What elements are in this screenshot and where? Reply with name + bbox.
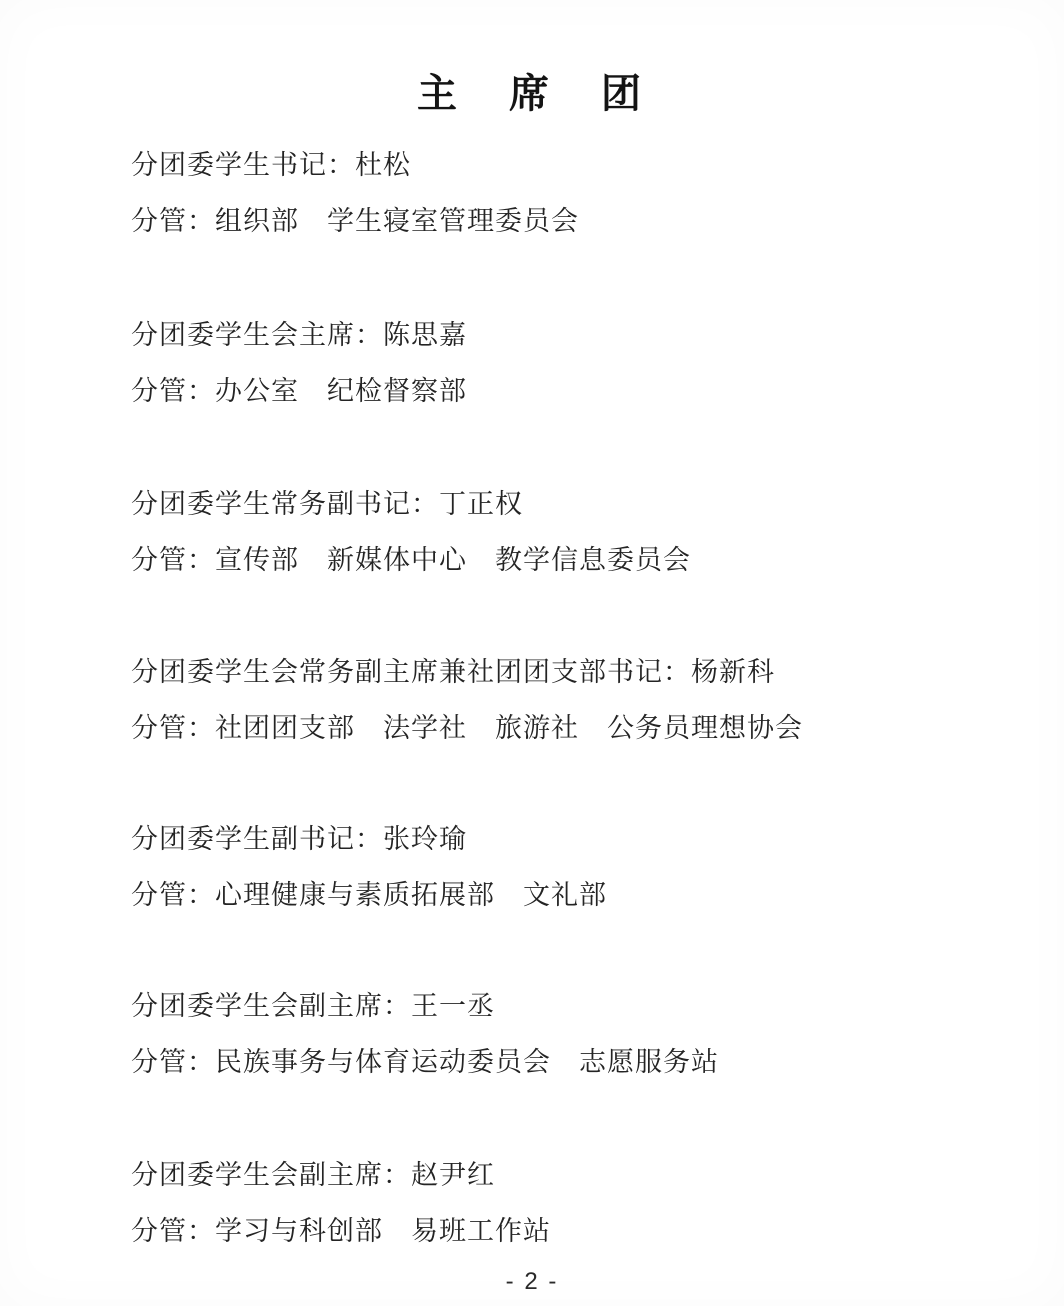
- officer-duties-line: 分管：社团团支部 法学社 旅游社 公务员理想协会: [131, 713, 1004, 743]
- officer-entry: 分团委学生会常务副主席兼社团团支部书记：杨新科 分管：社团团支部 法学社 旅游社…: [131, 657, 1004, 687]
- page-title: 主 席 团: [0, 62, 1064, 119]
- officer-entry: 分团委学生会主席：陈思嘉 分管：办公室 纪检督察部: [131, 320, 1004, 350]
- page-number: - 2 -: [0, 1268, 1064, 1296]
- officer-role-line: 分团委学生书记：杜松: [131, 150, 1004, 180]
- officer-role-line: 分团委学生会副主席：王一丞: [131, 991, 1004, 1021]
- officer-role-line: 分团委学生会常务副主席兼社团团支部书记：杨新科: [131, 657, 1004, 687]
- officer-duties-line: 分管：组织部 学生寝室管理委员会: [131, 206, 1004, 236]
- officer-duties-line: 分管：学习与科创部 易班工作站: [131, 1216, 1004, 1246]
- document-page: 主 席 团 分团委学生书记：杜松 分管：组织部 学生寝室管理委员会 分团委学生会…: [0, 0, 1064, 1306]
- officer-duties-line: 分管：民族事务与体育运动委员会 志愿服务站: [131, 1047, 1004, 1077]
- officer-role-line: 分团委学生会副主席：赵尹红: [131, 1160, 1004, 1190]
- officer-role-line: 分团委学生会主席：陈思嘉: [131, 320, 1004, 350]
- officer-duties-line: 分管：宣传部 新媒体中心 教学信息委员会: [131, 545, 1004, 575]
- officer-entry: 分团委学生书记：杜松 分管：组织部 学生寝室管理委员会: [131, 150, 1004, 180]
- officer-entry: 分团委学生会副主席：赵尹红 分管：学习与科创部 易班工作站: [131, 1160, 1004, 1190]
- officer-entry: 分团委学生会副主席：王一丞 分管：民族事务与体育运动委员会 志愿服务站: [131, 991, 1004, 1021]
- officer-entry: 分团委学生副书记：张玲瑜 分管：心理健康与素质拓展部 文礼部: [131, 824, 1004, 854]
- officer-entry: 分团委学生常务副书记：丁正权 分管：宣传部 新媒体中心 教学信息委员会: [131, 489, 1004, 519]
- officer-duties-line: 分管：办公室 纪检督察部: [131, 376, 1004, 406]
- officer-role-line: 分团委学生副书记：张玲瑜: [131, 824, 1004, 854]
- officer-duties-line: 分管：心理健康与素质拓展部 文礼部: [131, 880, 1004, 910]
- officer-role-line: 分团委学生常务副书记：丁正权: [131, 489, 1004, 519]
